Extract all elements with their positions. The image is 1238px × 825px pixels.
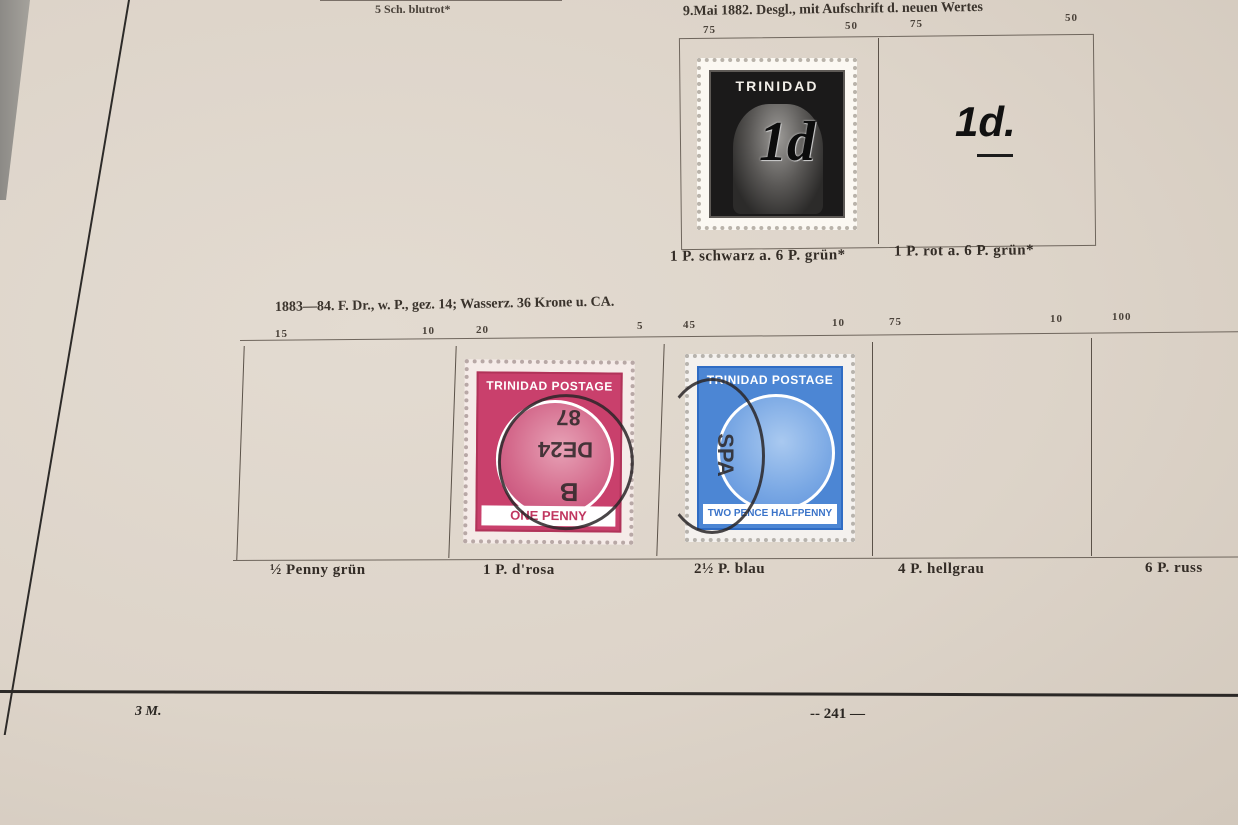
postmark-year: 87 xyxy=(556,404,581,430)
space-caption: 1 P. rot a. 6 P. grün* xyxy=(894,242,1034,260)
price: 50 xyxy=(845,20,858,32)
stamp-1p-rose: TRINIDAD POSTAGE ONE PENNY 87 DE24 B xyxy=(463,359,635,544)
section-1883-header: 1883—84. F. Dr., w. P., gez. 14; Wasserz… xyxy=(275,295,615,316)
price: 10 xyxy=(422,325,435,337)
page-number: -- 241 — xyxy=(810,706,865,723)
stamp-2-5p-blue: TRINIDAD POSTAGE TWO PENCE HALFPENNY SPA xyxy=(685,354,855,542)
stamp-overprint: 1d xyxy=(759,110,815,174)
price: 50 xyxy=(1065,12,1078,24)
top-caption: 5 Sch. blutrot* xyxy=(375,2,450,17)
album-page: 5 Sch. blutrot* 9.Mai 1882. Desgl., mit … xyxy=(0,0,1238,825)
space-caption: 2½ P. blau xyxy=(694,561,765,578)
price: 75 xyxy=(910,18,923,30)
space-divider xyxy=(236,346,244,560)
space-divider xyxy=(878,38,879,244)
space-divider xyxy=(1091,338,1092,556)
price: 5 xyxy=(637,320,644,332)
section-1883-top-rule xyxy=(240,331,1238,341)
stamp-top-text: TRINIDAD POSTAGE xyxy=(483,378,617,393)
postmark-letter: B xyxy=(560,476,579,507)
surcharge-underline xyxy=(977,154,1013,157)
price: 75 xyxy=(703,24,716,36)
space-caption: 6 P. russ xyxy=(1145,560,1203,577)
price: 100 xyxy=(1112,311,1132,323)
price: 10 xyxy=(832,317,845,329)
printed-surcharge-value: 1d. xyxy=(955,98,1016,146)
postmark-text: SPA xyxy=(712,433,738,477)
price: 75 xyxy=(889,316,902,328)
space-divider xyxy=(872,342,873,556)
space-caption: 4 P. hellgrau xyxy=(898,561,984,578)
footer-mark: 3 M. xyxy=(135,704,161,720)
section-1882-header: 9.Mai 1882. Desgl., mit Aufschrift d. ne… xyxy=(683,0,983,20)
price: 45 xyxy=(683,319,696,331)
space-divider xyxy=(448,346,456,558)
stamp-1p-black-surcharged: TRINIDAD 1d xyxy=(697,58,857,230)
background-edge xyxy=(0,0,30,200)
space-caption: 1 P. schwarz a. 6 P. grün* xyxy=(670,247,846,266)
price: 20 xyxy=(476,324,489,336)
space-caption: 1 P. d'rosa xyxy=(483,562,555,579)
previous-space-frame xyxy=(320,0,562,1)
page-margin-line xyxy=(4,0,130,735)
price: 15 xyxy=(275,328,288,340)
stamp-country-text: TRINIDAD xyxy=(711,78,843,94)
page-bottom-rule xyxy=(0,690,1238,697)
space-caption: ½ Penny grün xyxy=(270,562,366,579)
price: 10 xyxy=(1050,313,1063,325)
postmark-date: DE24 xyxy=(538,436,593,462)
